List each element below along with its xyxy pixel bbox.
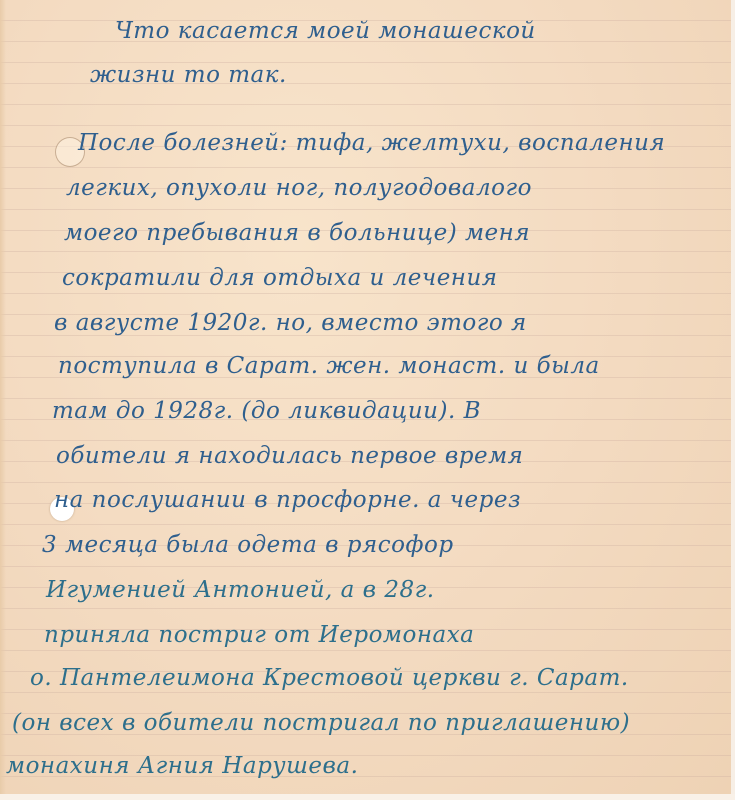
handwritten-line-15: о. Пантелеимона Крестовой церкви г. Сара… [30, 665, 629, 691]
handwritten-line-13: Игуменией Антонией, а в 28г. [46, 577, 435, 603]
handwritten-line-11: на послушании в просфорне. а через [54, 487, 521, 513]
paper-right-edge [731, 0, 735, 800]
handwritten-line-4: легких, опухоли ног, полугодовалого [66, 175, 532, 201]
handwritten-line-12: 3 месяца была одета в рясофор [42, 532, 454, 558]
handwritten-line-1: Что касается моей монашеской [115, 18, 536, 44]
handwritten-line-14: приняла постриг от Иеромонаха [44, 622, 474, 648]
handwritten-line-3: После болезней: тифа, желтухи, воспалени… [78, 130, 665, 156]
signature-line: монахиня Агния Нарушева. [6, 753, 358, 779]
handwritten-line-7: в августе 1920г. но, вместо этого я [54, 310, 527, 336]
handwritten-line-10: обители я находилась первое время [56, 443, 523, 469]
handwritten-line-2: жизни то так. [90, 62, 287, 88]
handwritten-line-16: (он всех в обители постригал по приглаше… [12, 710, 630, 736]
handwritten-line-9: там до 1928г. (до ликвидации). В [52, 398, 481, 424]
document-page: Что касается моей монашеской жизни то та… [0, 0, 735, 800]
handwritten-line-8: поступила в Сарат. жен. монаст. и была [58, 353, 600, 379]
paper-bottom-edge [0, 794, 735, 800]
handwritten-line-5: моего пребывания в больнице) меня [64, 220, 530, 246]
handwritten-line-6: сократили для отдыха и лечения [62, 265, 498, 291]
paper-left-edge [0, 0, 6, 800]
